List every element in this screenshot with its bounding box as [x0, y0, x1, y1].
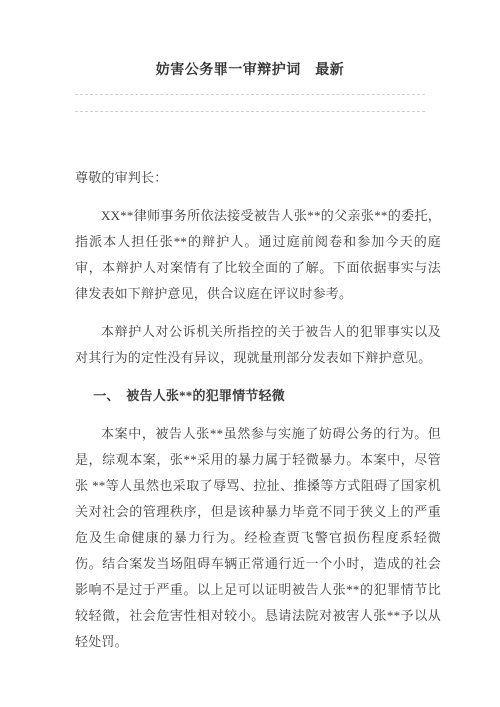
argument-paragraph: 本案中，被告人张**虽然参与实施了妨碍公务的行为。但是，综观本案，张**采用的暴…	[75, 421, 441, 655]
intro-paragraph: XX**律师事务所依法接受被告人张**的父亲张**的委托，指派本人担任张**的辩…	[75, 203, 441, 307]
document-body: 尊敬的审判长： XX**律师事务所依法接受被告人张**的父亲张**的委托，指派本…	[75, 165, 441, 655]
salutation: 尊敬的审判长：	[75, 165, 441, 191]
document-title: 妨害公务罪一审辩护词 最新	[0, 0, 500, 79]
dashed-line-top	[75, 94, 425, 95]
position-paragraph: 本辩护人对公诉机关所指控的关于被告人的犯罪事实以及对其行为的定性没有异议，现就量…	[75, 319, 441, 371]
title-separator	[75, 94, 425, 112]
document-page: 妨害公务罪一审辩护词 最新 尊敬的审判长： XX**律师事务所依法接受被告人张*…	[0, 0, 500, 707]
section-one-heading: 一、 被告人张**的犯罪情节轻微	[75, 383, 441, 409]
dashed-line-bottom	[75, 111, 425, 112]
